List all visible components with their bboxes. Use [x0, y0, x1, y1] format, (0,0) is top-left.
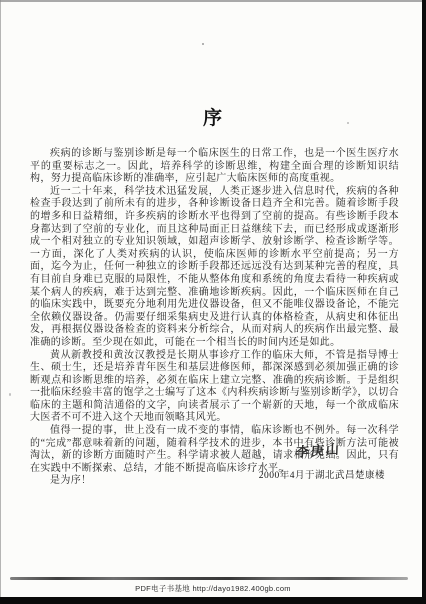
scan-edge-top: [0, 0, 426, 2]
scan-smudge-line: [10, 577, 408, 580]
preface-paragraph: 黄从新教授和黄汝汉教授是长期从事诊疗工作的临床大师，不管是指导博士生、硕士生，还…: [30, 350, 399, 426]
preface-paragraph: 近一二十年来，科学技术迅猛发展，人类正逐步进入信息时代，疾病的各种检查手段达到了…: [30, 186, 399, 350]
preface-title: 序: [30, 103, 399, 130]
preface-paragraph: 疾病的诊断与鉴别诊断是每一个临床医生的日常工作，也是一个医生医疗水平的重要标志之…: [30, 148, 399, 186]
scan-speck: [9, 393, 11, 396]
scan-edge-bottom: [0, 597, 426, 604]
footer-watermark: PDF电子书基地 http://dayo1982.400gb.com: [0, 583, 426, 594]
scan-speck: [202, 43, 204, 45]
scanned-page: 序 疾病的诊断与鉴别诊断是每一个临床医生的日常工作，也是一个医生医疗水平的重要标…: [0, 0, 426, 604]
signature-block: 李庚山 2000年4月于湖北武昌楚康楼: [199, 440, 399, 481]
scan-edge-right: [422, 0, 426, 604]
signature-dateline: 2000年4月于湖北武昌楚康楼: [199, 467, 399, 481]
scan-edge-left: [0, 0, 1, 604]
signature-name: 李庚山: [296, 438, 342, 460]
preface-body: 疾病的诊断与鉴别诊断是每一个临床医生的日常工作，也是一个医生医疗水平的重要标志之…: [30, 148, 399, 488]
preface-content: 序 疾病的诊断与鉴别诊断是每一个临床医生的日常工作，也是一个医生医疗水平的重要标…: [30, 103, 399, 488]
